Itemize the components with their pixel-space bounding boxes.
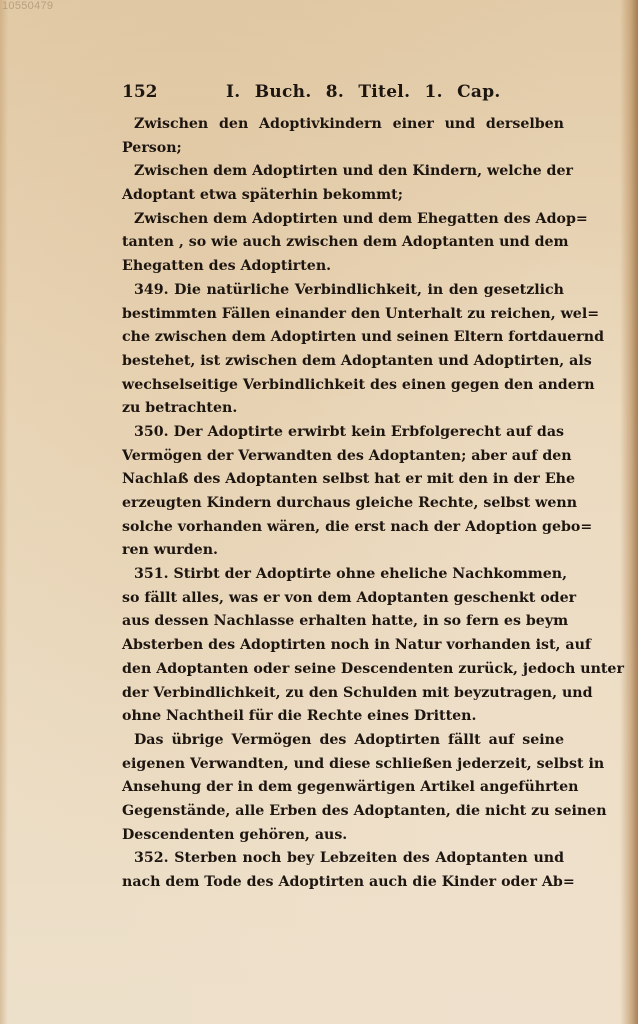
book-page: 10550479 152 I. Buch. 8. Titel. 1. Cap. … — [0, 0, 638, 1024]
text-line: 349. Die natürliche Verbindlichkeit, in … — [122, 279, 564, 303]
page-number: 152 — [122, 82, 158, 102]
text-line: aus dessen Nachlasse erhalten hatte, in … — [122, 610, 564, 634]
text-line: solche vorhanden wären, die erst nach de… — [122, 516, 564, 540]
chapter-heading: I. Buch. 8. Titel. 1. Cap. — [226, 82, 501, 102]
text-line: 350. Der Adoptirte erwirbt kein Erbfolge… — [122, 421, 564, 445]
text-line: bestimmten Fällen einander den Unterhalt… — [122, 303, 564, 327]
text-line: Ansehung der in dem gegenwärtigen Artike… — [122, 776, 564, 800]
text-line: 351. Stirbt der Adoptirte ohne eheliche … — [122, 563, 564, 587]
text-line: Ehegatten des Adoptirten. — [122, 255, 564, 279]
text-line: der Verbindlichkeit, zu den Schulden mit… — [122, 682, 564, 706]
text-line: Descendenten gehören, aus. — [122, 824, 564, 848]
text-line: 352. Sterben noch bey Lebzeiten des Adop… — [122, 847, 564, 871]
text-line: Zwischen dem Adoptirten und den Kindern,… — [122, 160, 564, 184]
text-line: den Adoptanten oder seine Descendenten z… — [122, 658, 564, 682]
text-line: Adoptant etwa späterhin bekommt; — [122, 184, 564, 208]
text-line: Person; — [122, 137, 564, 161]
text-line: Zwischen dem Adoptirten und dem Ehegatte… — [122, 208, 564, 232]
text-line: Vermögen der Verwandten des Adoptanten; … — [122, 445, 564, 469]
running-head: 152 I. Buch. 8. Titel. 1. Cap. — [122, 82, 560, 108]
text-line: tanten , so wie auch zwischen dem Adopta… — [122, 231, 564, 255]
text-line: Das übrige Vermögen des Adoptirten fällt… — [122, 729, 564, 753]
text-line: Nachlaß des Adoptanten selbst hat er mit… — [122, 468, 564, 492]
scan-catalog-id: 10550479 — [2, 0, 53, 12]
page-left-edge — [0, 0, 8, 1024]
text-line: wechselseitige Verbindlichkeit des einen… — [122, 374, 564, 398]
text-line: so fällt alles, was er von dem Adoptante… — [122, 587, 564, 611]
text-line: nach dem Tode des Adoptirten auch die Ki… — [122, 871, 564, 895]
text-line: ren wurden. — [122, 539, 564, 563]
page-spine-shadow — [620, 0, 638, 1024]
text-line: Absterben des Adoptirten noch in Natur v… — [122, 634, 564, 658]
text-line: che zwischen dem Adoptirten und seinen E… — [122, 326, 564, 350]
text-line: eigenen Verwandten, und diese schließen … — [122, 753, 564, 777]
text-line: bestehet, ist zwischen dem Adoptanten un… — [122, 350, 564, 374]
text-line: ohne Nachtheil für die Rechte eines Drit… — [122, 705, 564, 729]
text-line: Zwischen den Adoptivkindern einer und de… — [122, 113, 564, 137]
text-line: erzeugten Kindern durchaus gleiche Recht… — [122, 492, 564, 516]
text-line: Gegenstände, alle Erben des Adoptanten, … — [122, 800, 564, 824]
text-line: zu betrachten. — [122, 397, 564, 421]
body-text: Zwischen den Adoptivkindern einer und de… — [122, 113, 564, 895]
